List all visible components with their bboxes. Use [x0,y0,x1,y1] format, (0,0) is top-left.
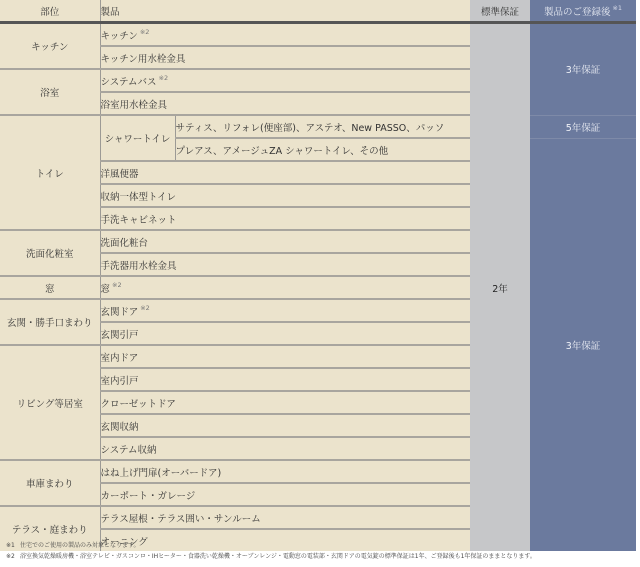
product-entrance-door: 玄関ドア※2 [100,299,470,322]
product-bath-faucet: 浴室用水栓金具 [100,92,470,115]
category-toilet: トイレ [0,115,100,230]
registered-warranty-3yr-top: 3年保証 [530,23,636,116]
note-marker: ※1 [612,4,622,12]
shower-toilet-models-2: プレアス、アメージュZA シャワートイレ、その他 [175,138,470,161]
header-registered-warranty: 製品のご登録後※1 [530,0,636,23]
registered-warranty-3yr-bottom: 3年保証 [530,138,636,551]
category-washroom: 洗面化粧室 [0,230,100,276]
product-closet-door: クローゼットドア [100,391,470,414]
product-system-storage: システム収納 [100,437,470,460]
header-product: 製品 [100,0,470,23]
product-system-bath: システムバス※2 [100,69,470,92]
product-storage-toilet: 収納一体型トイレ [100,184,470,207]
registered-warranty-5yr: 5年保証 [530,115,636,138]
product-entrance-storage: 玄関収納 [100,414,470,437]
standard-warranty-value: 2年 [470,23,530,552]
product-label: 玄関ドア [101,307,139,318]
category-living: リビング等居室 [0,345,100,460]
note-marker: ※2 [112,281,122,289]
header-standard-warranty: 標準保証 [470,0,530,23]
note-marker: ※2 [159,74,169,82]
footnote-mark: ※2 [6,551,20,562]
product-label: 窓 [101,284,111,295]
category-kitchen: キッチン [0,23,100,70]
category-window: 窓 [0,276,100,299]
product-overhead-gate: はね上げ門扉(オーバードア) [100,460,470,483]
product-terrace-roof: テラス屋根・テラス囲い・サンルーム [100,506,470,529]
table-row: トイレ シャワートイレ サティス、リフォレ(便座部)、アステオ、New PASS… [0,115,636,138]
header-row: 部位 製品 標準保証 製品のご登録後※1 [0,0,636,23]
product-hand-basin-faucet: 手洗器用水栓金具 [100,253,470,276]
product-kitchen-faucet: キッチン用水栓金具 [100,46,470,69]
header-location: 部位 [0,0,100,23]
product-entrance-sliding-door: 玄関引戸 [100,322,470,345]
product-label: システムバス [101,77,157,88]
category-garage: 車庫まわり [0,460,100,506]
footnote-2: ※2浴室換気乾燥暖房機・浴室テレビ・ガスコンロ・IHヒーター・食器洗い乾燥機・オ… [6,551,536,562]
note-marker: ※2 [140,304,150,312]
shower-toilet-models-1: サティス、リフォレ(便座部)、アステオ、New PASSO、パッソ [175,115,470,138]
footnotes: ※1住宅でのご使用の製品のみ対象となります。 ※2浴室換気乾燥暖房機・浴室テレビ… [6,540,536,562]
category-bath: 浴室 [0,69,100,115]
footnote-1: ※1住宅でのご使用の製品のみ対象となります。 [6,540,536,551]
note-marker: ※2 [140,28,150,36]
footnote-text: 浴室換気乾燥暖房機・浴室テレビ・ガスコンロ・IHヒーター・食器洗い乾燥機・オーブ… [20,553,536,560]
product-interior-door: 室内ドア [100,345,470,368]
product-shower-toilet: シャワートイレ [100,115,175,161]
product-vanity: 洗面化粧台 [100,230,470,253]
product-interior-sliding-door: 室内引戸 [100,368,470,391]
footnote-text: 住宅でのご使用の製品のみ対象となります。 [20,542,140,549]
product-hand-wash-cabinet: 手洗キャビネット [100,207,470,230]
product-carport: カーポート・ガレージ [100,483,470,506]
product-kitchen: キッチン※2 [100,23,470,47]
product-western-toilet: 洋風便器 [100,161,470,184]
product-window: 窓※2 [100,276,470,299]
table-row: キッチン キッチン※2 2年 3年保証 [0,23,636,47]
footnote-mark: ※1 [6,540,20,551]
category-entrance: 玄関・勝手口まわり [0,299,100,345]
warranty-table: 部位 製品 標準保証 製品のご登録後※1 キッチン キッチン※2 2年 3年保証… [0,0,636,551]
header-registered-label: 製品のご登録後 [544,7,611,18]
product-label: キッチン [101,31,138,42]
